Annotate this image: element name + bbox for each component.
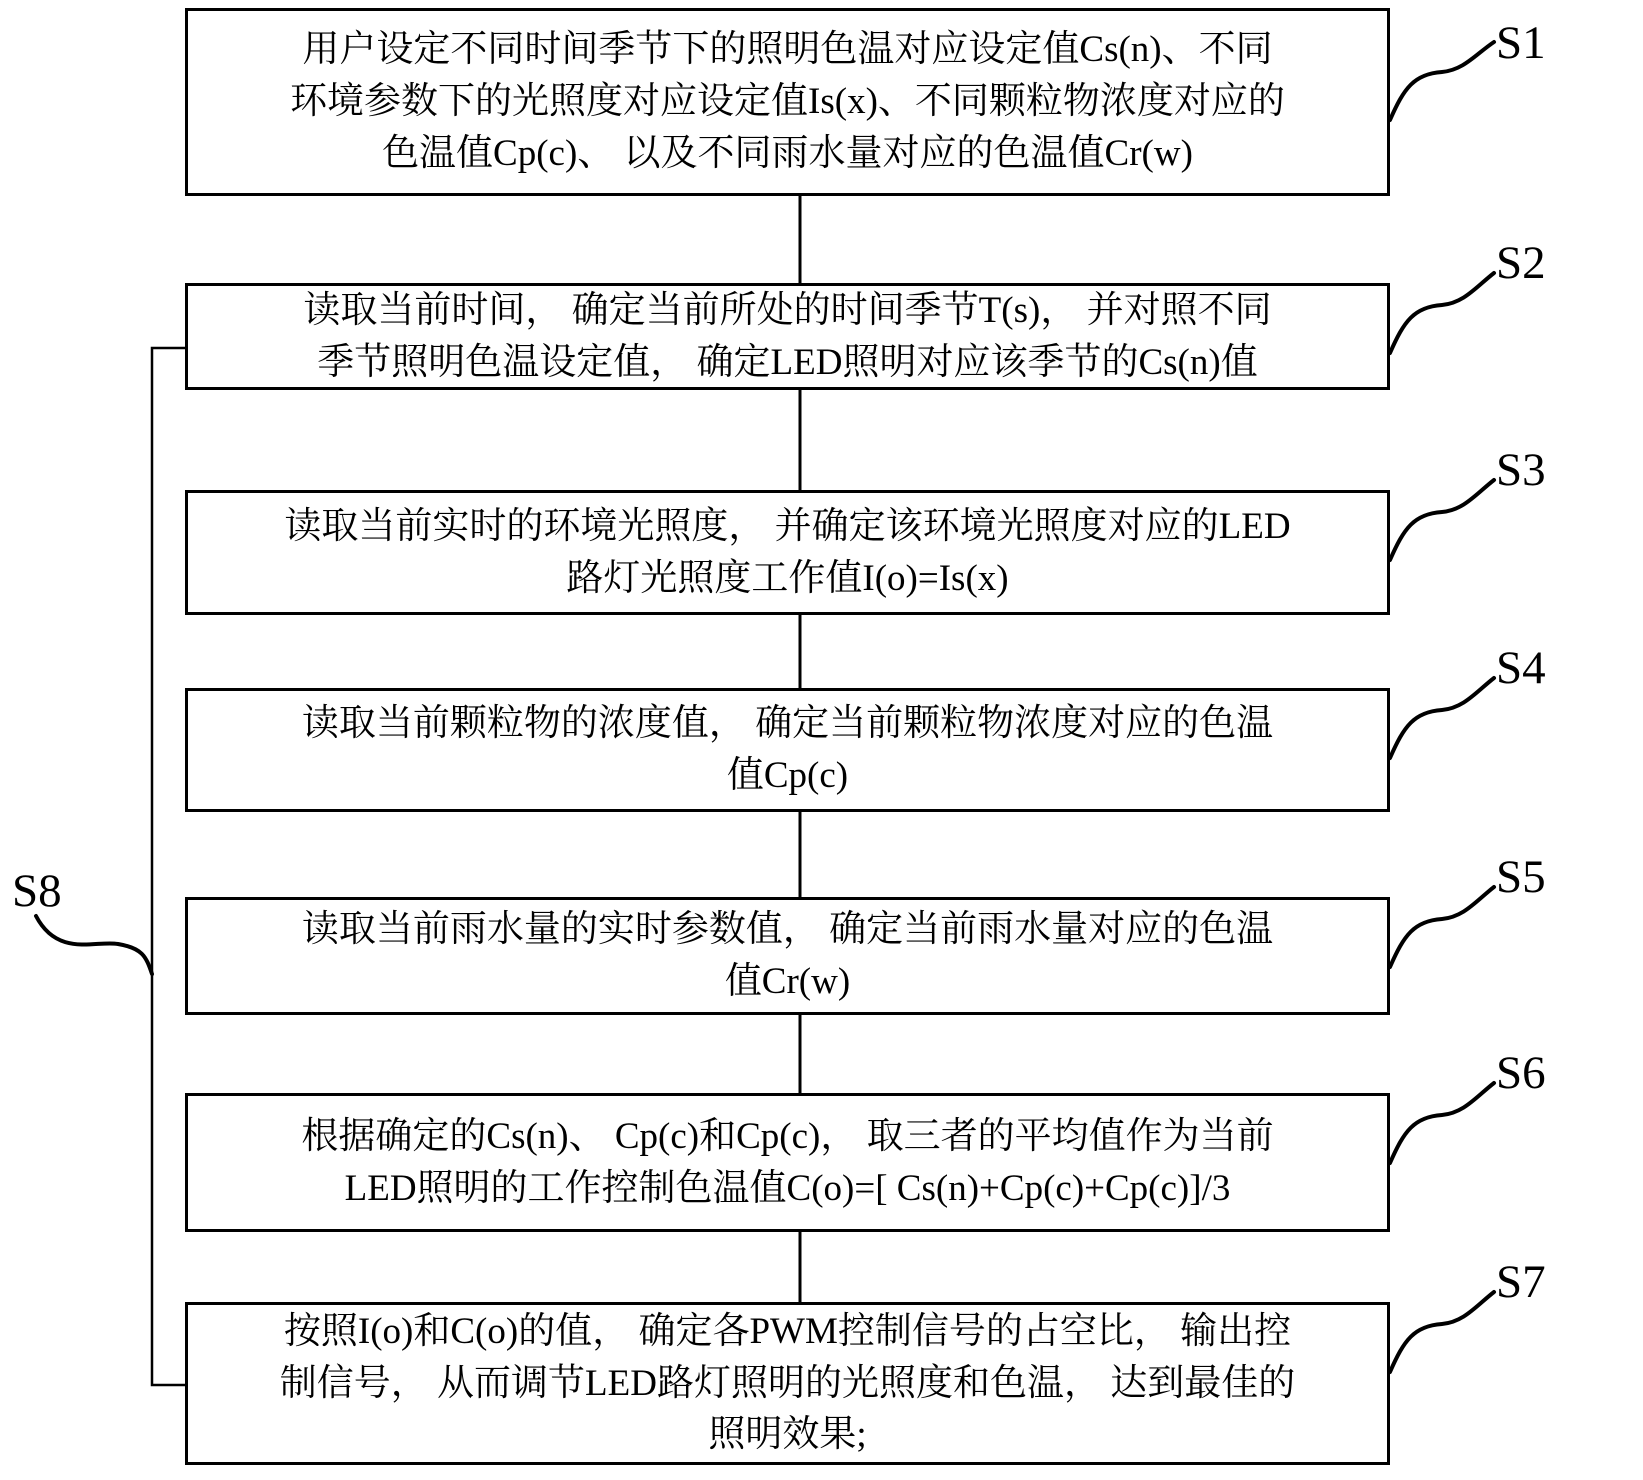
step-box-s6: 根据确定的Cs(n)、 Cp(c)和Cp(c)， 取三者的平均值作为当前 LED…: [185, 1093, 1390, 1232]
leader-line-s3: [1390, 480, 1494, 560]
step-box-s3: 读取当前实时的环境光照度， 并确定该环境光照度对应的LED 路灯光照度工作值I(…: [185, 490, 1390, 615]
step-text-s2: 读取当前时间， 确定当前所处的时间季节T(s)， 并对照不同 季节照明色温设定值…: [188, 285, 1387, 389]
step-box-s2: 读取当前时间， 确定当前所处的时间季节T(s)， 并对照不同 季节照明色温设定值…: [185, 283, 1390, 390]
step-label-s6: S6: [1496, 1050, 1546, 1097]
step-label-s2: S2: [1496, 240, 1546, 287]
step-text-s1: 用户设定不同时间季节下的照明色温对应设定值Cs(n)、不同 环境参数下的光照度对…: [188, 24, 1387, 179]
leader-line-s1: [1390, 42, 1494, 120]
step-box-s7: 按照I(o)和C(o)的值， 确定各PWM控制信号的占空比， 输出控 制信号， …: [185, 1302, 1390, 1465]
leader-line-s2: [1390, 273, 1494, 353]
step-text-s4: 读取当前颗粒物的浓度值， 确定当前颗粒物浓度对应的色温 值Cp(c): [188, 698, 1387, 802]
step-box-s5: 读取当前雨水量的实时参数值， 确定当前雨水量对应的色温 值Cr(w): [185, 897, 1390, 1015]
leader-line-s4: [1390, 678, 1494, 758]
step-box-s1: 用户设定不同时间季节下的照明色温对应设定值Cs(n)、不同 环境参数下的光照度对…: [185, 8, 1390, 196]
leader-line-s6: [1390, 1083, 1494, 1163]
step-label-s4: S4: [1496, 645, 1546, 692]
step-label-s8: S8: [12, 868, 62, 915]
leader-line-s8: [36, 916, 152, 974]
feedback-loop-line: [152, 348, 186, 1385]
step-label-s7: S7: [1496, 1259, 1546, 1306]
step-label-s3: S3: [1496, 447, 1546, 494]
step-label-s5: S5: [1496, 854, 1546, 901]
step-text-s6: 根据确定的Cs(n)、 Cp(c)和Cp(c)， 取三者的平均值作为当前 LED…: [188, 1111, 1387, 1215]
step-label-s1: S1: [1496, 20, 1546, 67]
step-box-s4: 读取当前颗粒物的浓度值， 确定当前颗粒物浓度对应的色温 值Cp(c): [185, 688, 1390, 812]
step-text-s7: 按照I(o)和C(o)的值， 确定各PWM控制信号的占空比， 输出控 制信号， …: [188, 1306, 1387, 1461]
step-text-s3: 读取当前实时的环境光照度， 并确定该环境光照度对应的LED 路灯光照度工作值I(…: [188, 501, 1387, 605]
leader-line-s5: [1390, 887, 1494, 967]
flowchart-figure: 用户设定不同时间季节下的照明色温对应设定值Cs(n)、不同 环境参数下的光照度对…: [0, 0, 1643, 1480]
step-text-s5: 读取当前雨水量的实时参数值， 确定当前雨水量对应的色温 值Cr(w): [188, 904, 1387, 1008]
leader-line-s7: [1390, 1292, 1494, 1372]
